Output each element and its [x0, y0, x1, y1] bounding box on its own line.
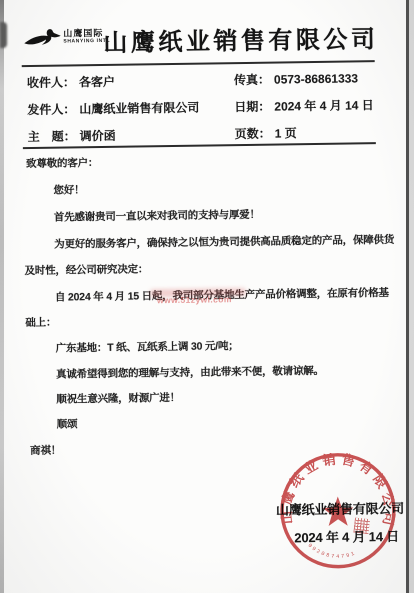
body-line-wishes: 顺祝生意兴隆，财源广进！	[56, 390, 180, 407]
recipient-label: 收件人：	[27, 75, 75, 90]
watermark-url: www.51zywl.com	[157, 294, 232, 305]
seal-ring-text: 山鹰纸业销售有限公司	[277, 449, 398, 533]
eagle-logo-icon	[23, 26, 63, 51]
body-line-reason-2: 及时性，经公司研究决定：	[24, 261, 148, 278]
meta-recipient-row: 收件人：各客户	[27, 73, 115, 91]
meta-subject-row: 主 题：调价函	[28, 127, 116, 145]
subject-label: 主 题：	[28, 129, 76, 144]
seal-star-icon	[322, 496, 353, 526]
meta-fax-row: 传真：0573-86861333	[234, 69, 358, 88]
body-line-apology: 真诚希望得到您的理解与支持，由此带来不便，敬请谅解。	[56, 363, 324, 382]
subject-value: 调价函	[80, 129, 116, 144]
scan-edge-left	[0, 0, 4, 593]
meta-pages-row: 页数：1 页	[235, 124, 297, 142]
company-title: 山鹰纸业销售有限公司	[103, 19, 378, 58]
letter-content: 山鹰国际 SHANYING INTL 山鹰纸业销售有限公司 收件人：各客户 发件…	[0, 0, 414, 593]
fax-value: 0573-86861333	[274, 71, 358, 86]
body-line-closing-2: 商祺！	[30, 443, 61, 458]
body-line-price-change: 广东基地：T 纸、瓦纸系上调 30 元/吨；	[56, 338, 239, 356]
meta-date-row: 日期：2024 年 4 月 14 日	[234, 96, 374, 115]
recipient-value: 各客户	[79, 75, 115, 90]
meta-sender-row: 发件人：山鹰纸业销售有限公司	[27, 99, 199, 118]
sender-label: 发件人：	[27, 102, 75, 117]
seal-serial-number: 0920874791	[307, 542, 358, 560]
scan-edge-right-gutter	[409, 0, 414, 593]
body-line-decision-2: 础上：	[25, 315, 56, 330]
pages-label: 页数：	[235, 127, 271, 142]
date-value: 2024 年 4 月 14 日	[274, 98, 374, 113]
body-line-greeting: 您好！	[53, 182, 84, 197]
header-divider	[22, 60, 375, 67]
body-line-thanks: 首先感谢贵司一直以来对我司的支持与厚爱！	[54, 207, 260, 225]
company-seal-stamp: 山鹰纸业销售有限公司 0920874791	[276, 449, 400, 573]
body-line-salutation: 致尊敬的客户：	[26, 155, 98, 171]
scanned-letter-page: 山鹰国际 SHANYING INTL 山鹰纸业销售有限公司 收件人：各客户 发件…	[0, 0, 414, 593]
fax-label: 传真：	[234, 73, 270, 88]
seal-security-mark	[353, 518, 370, 535]
body-line-closing-1: 顺颂	[57, 416, 78, 431]
date-label: 日期：	[234, 100, 270, 115]
sender-value: 山鹰纸业销售有限公司	[79, 101, 199, 117]
pages-value: 1 页	[275, 126, 297, 140]
scan-corner-mark	[0, 22, 7, 48]
body-line-reason-1: 为更好的服务客户，确保持之以恒为贵司提供高品质稳定的产品，保障供货	[54, 232, 394, 252]
